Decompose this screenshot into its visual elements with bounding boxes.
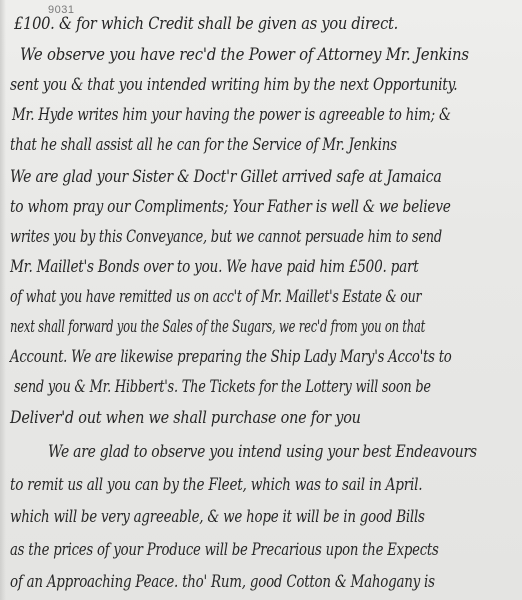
manuscript-line: as the prices of your Produce will be Pr… [10, 540, 439, 560]
manuscript-line: to remit us all you can by the Fleet, wh… [10, 475, 422, 495]
manuscript-page: 9031 £100. & for which Credit shall be g… [0, 0, 522, 600]
manuscript-line: Deliver'd out when we shall purchase one… [10, 408, 361, 428]
manuscript-line: writes you by this Conveyance, but we ca… [10, 227, 442, 247]
manuscript-line: We are glad your Sister & Doct'r Gillet … [10, 167, 441, 187]
manuscript-line: next shall forward you the Sales of the … [10, 317, 425, 337]
manuscript-line: of an Approaching Peace. tho' Rum, good … [10, 572, 435, 592]
manuscript-line: Mr. Maillet's Bonds over to you. We have… [10, 257, 418, 277]
manuscript-line: send you & Mr. Hibbert's. The Tickets fo… [14, 377, 431, 397]
manuscript-line: We are glad to observe you intend using … [48, 442, 477, 462]
manuscript-line: Account. We are likewise preparing the S… [10, 347, 452, 367]
manuscript-line: of what you have remitted us on acc't of… [10, 287, 421, 307]
manuscript-line: which will be very agreeable, & we hope … [10, 507, 425, 527]
manuscript-line: £100. & for which Credit shall be given … [14, 14, 398, 34]
manuscript-line: Mr. Hyde writes him your having the powe… [12, 105, 451, 125]
manuscript-line: to whom pray our Compliments; Your Fathe… [10, 197, 451, 217]
manuscript-line: that he shall assist all he can for the … [10, 135, 397, 155]
manuscript-line: sent you & that you intended writing him… [10, 75, 457, 95]
manuscript-line: We observe you have rec'd the Power of A… [20, 45, 469, 65]
